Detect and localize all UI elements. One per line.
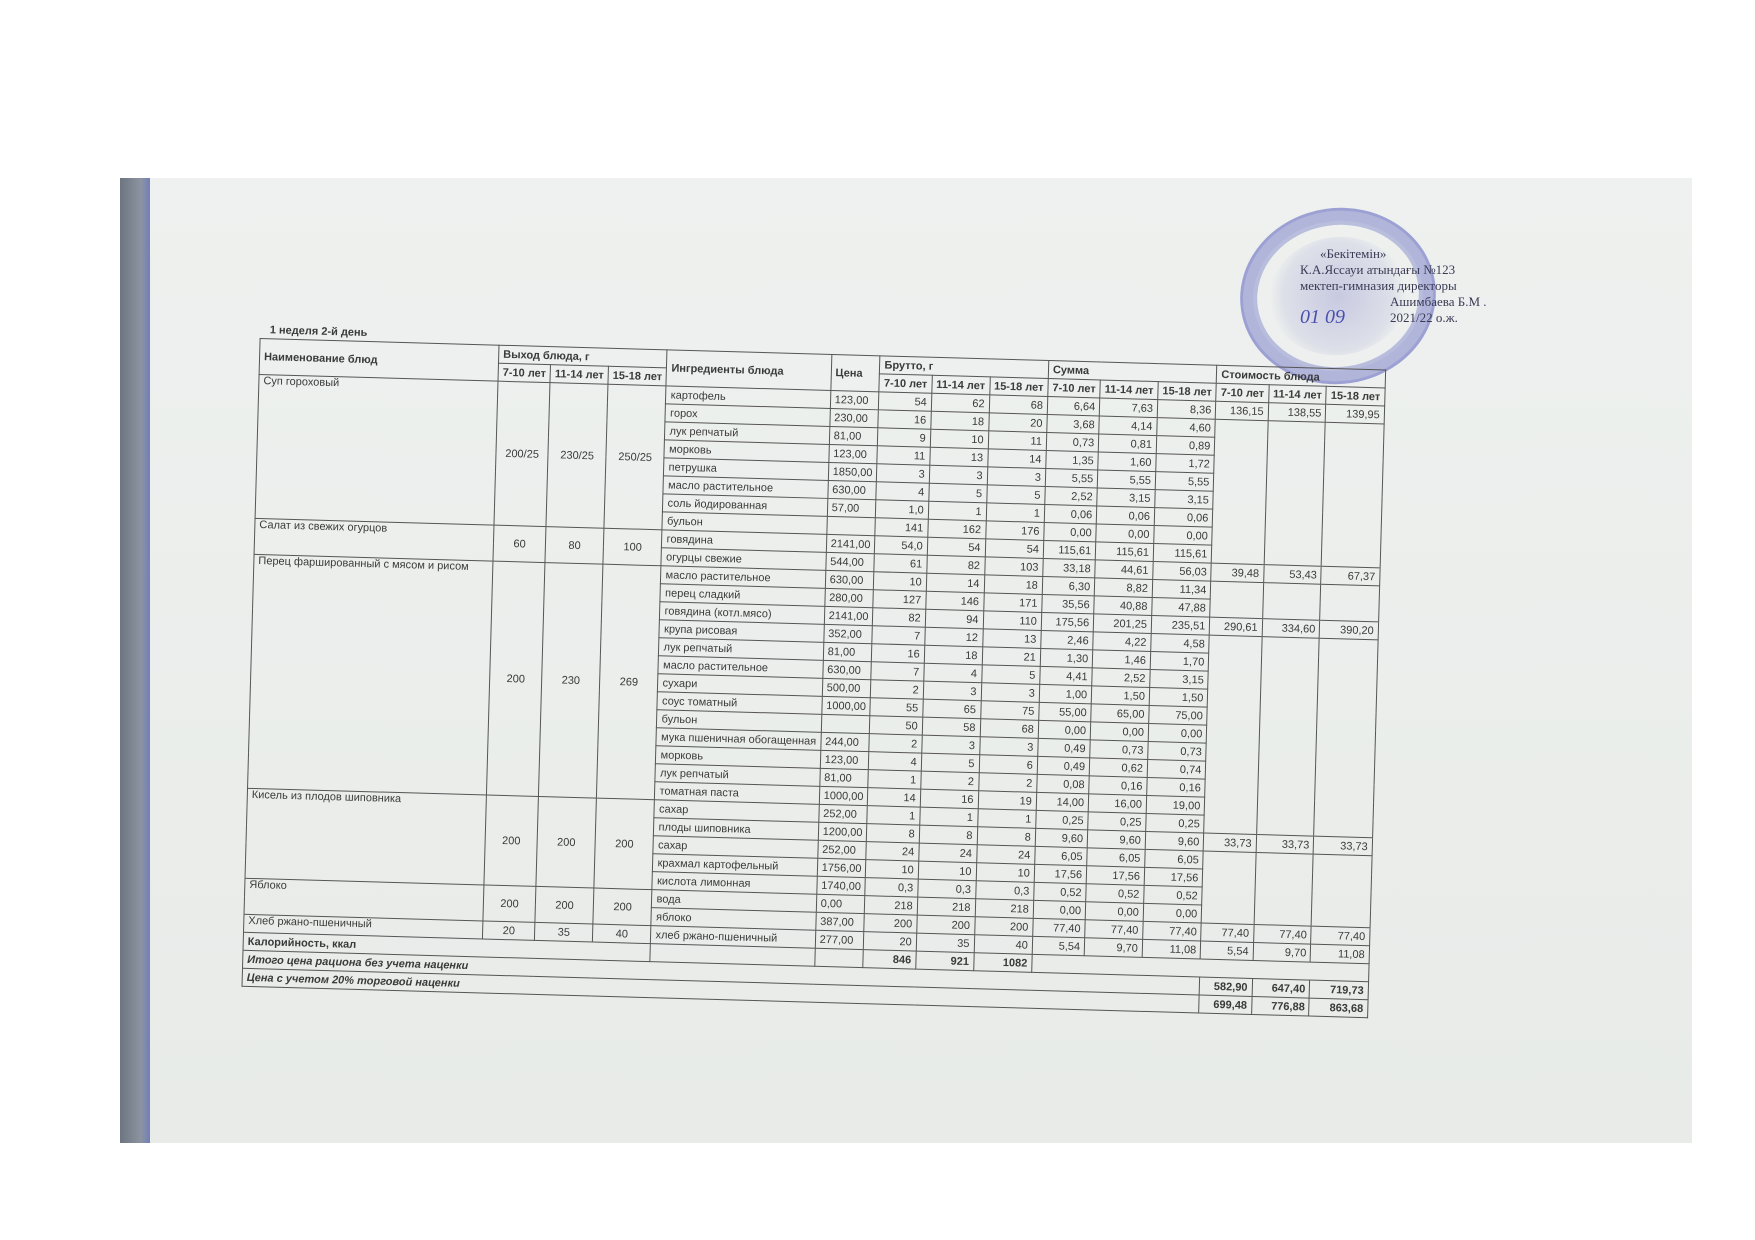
empty-cell	[1214, 455, 1267, 474]
empty-cell	[1258, 763, 1316, 783]
ingredient-sum: 0,81	[1098, 434, 1156, 454]
ingredient-brutto: 5	[986, 485, 1045, 505]
ingredient-sum: 3,15	[1097, 488, 1155, 508]
ingredient-brutto: 40	[974, 935, 1033, 955]
signature-date: 01 09	[1300, 306, 1345, 329]
dish-yield: 200	[535, 886, 594, 924]
ingredient-price: 123,00	[829, 444, 878, 463]
empty-cell	[1258, 745, 1316, 765]
ingredient-sum: 17,56	[1034, 864, 1087, 883]
ingredient-sum: 1,60	[1098, 452, 1156, 472]
ingredient-sum: 0,00	[1038, 720, 1091, 739]
ingredient-brutto: 10	[976, 863, 1035, 883]
ingredient-brutto: 10	[918, 861, 976, 881]
empty-cell	[1322, 530, 1381, 550]
empty-cell	[1263, 583, 1321, 603]
ingredient-brutto: 16	[878, 410, 931, 429]
total-without-markup-value: 582,90	[1200, 977, 1253, 996]
ingredient-brutto: 5	[929, 483, 987, 503]
ingredient-sum: 0,00	[1033, 900, 1086, 919]
ingredient-sum: 9,60	[1087, 830, 1145, 850]
ingredient-sum: 0,73	[1090, 740, 1148, 760]
empty-cell	[1212, 545, 1265, 564]
ingredient-brutto: 127	[873, 590, 926, 609]
dish-yield: 200/25	[494, 381, 550, 526]
ingredient-sum: 4,60	[1157, 418, 1216, 438]
ingredient-brutto: 200	[974, 917, 1033, 937]
empty-cell	[1324, 458, 1383, 478]
ingredient-sum: 8,36	[1157, 400, 1216, 420]
ingredient-sum: 175,56	[1041, 612, 1094, 631]
ingredient-sum: 19,00	[1146, 795, 1205, 815]
ingredient-sum: 2,52	[1045, 486, 1098, 505]
ingredient-sum: 201,25	[1093, 614, 1151, 634]
dish-cost: 5,54	[1201, 941, 1254, 960]
ingredient-sum: 8,82	[1094, 578, 1152, 598]
dish-cost: 33,73	[1314, 836, 1373, 856]
empty-cell	[1257, 799, 1315, 819]
dish-cost: 53,43	[1263, 565, 1321, 585]
ingredient-sum: 0,00	[1154, 526, 1213, 546]
approval-year: 2021/22 о.ж.	[1390, 310, 1487, 326]
dish-cost: 290,61	[1210, 617, 1263, 636]
header-cost-age1: 7-10 лет	[1216, 383, 1269, 402]
total-without-markup-value: 647,40	[1252, 978, 1310, 998]
calories-value: 921	[915, 951, 973, 971]
ingredient-brutto: 13	[930, 447, 988, 467]
ingredient-brutto: 8	[977, 827, 1036, 847]
ingredient-price: 544,00	[825, 552, 874, 571]
ingredient-brutto: 141	[875, 518, 928, 537]
paper-sheet: «Бекітемін» К.А.Яссауи атындағы №123 мек…	[150, 178, 1692, 1143]
empty-cell	[1211, 581, 1264, 600]
total-without-markup-value: 719,73	[1310, 980, 1369, 1000]
ingredient-sum: 5,55	[1155, 472, 1214, 492]
ingredient-sum: 0,25	[1088, 812, 1146, 832]
ingredient-sum: 0,62	[1089, 758, 1147, 778]
ingredient-brutto: 2	[978, 773, 1037, 793]
dish-yield: 200	[483, 885, 536, 922]
dish-yield: 230/25	[546, 383, 608, 529]
ingredient-brutto: 94	[925, 609, 983, 629]
empty-cell	[1325, 440, 1384, 460]
ingredient-brutto: 0,3	[917, 879, 975, 899]
total-with-markup-value: 863,68	[1309, 998, 1368, 1018]
menu-table: Наименование блюд Выход блюда, г Ингреди…	[241, 338, 1386, 1018]
ingredient-sum: 0,00	[1090, 722, 1148, 742]
empty-cell	[1265, 493, 1323, 513]
empty-cell	[1208, 671, 1261, 690]
ingredient-price: 277,00	[815, 930, 864, 949]
ingredient-sum: 5,55	[1097, 470, 1155, 490]
ingredient-price: 280,00	[824, 588, 873, 607]
empty-cell	[1205, 779, 1258, 798]
dish-yield: 200	[486, 561, 545, 796]
ingredient-brutto: 200	[864, 914, 917, 933]
ingredient-brutto: 61	[874, 554, 927, 573]
ingredient-brutto: 16	[920, 789, 978, 809]
empty-cell	[1315, 782, 1374, 802]
empty-cell	[1264, 529, 1322, 549]
ingredient-sum: 0,52	[1144, 885, 1203, 905]
ingredient-sum: 7,63	[1099, 398, 1157, 418]
ingredient-sum: 3,15	[1155, 490, 1214, 510]
ingredient-sum: 35,56	[1042, 594, 1095, 613]
ingredient-sum: 6,30	[1042, 576, 1095, 595]
dish-cost: 77,40	[1201, 923, 1254, 942]
ingredient-brutto: 3	[877, 464, 930, 483]
header-brutto-age1: 7-10 лет	[879, 374, 932, 393]
ingredient-price: 81,00	[829, 426, 878, 445]
ingredient-sum: 0,52	[1086, 884, 1144, 904]
ingredient-brutto: 218	[975, 899, 1034, 919]
ingredient-sum: 1,00	[1039, 684, 1092, 703]
ingredient-sum: 1,46	[1092, 650, 1150, 670]
header-price: Цена	[831, 354, 881, 391]
empty-cell	[1316, 746, 1375, 766]
empty-cell	[1215, 437, 1268, 456]
ingredient-brutto: 1	[977, 809, 1036, 829]
dish-cost: 138,55	[1268, 403, 1326, 423]
ingredient-sum: 17,56	[1086, 866, 1144, 886]
approval-line-2: К.А.Яссауи атындағы №123	[1300, 262, 1487, 278]
ingredient-sum: 4,22	[1093, 632, 1151, 652]
ingredient-price: 2141,00	[824, 606, 873, 625]
ingredient-brutto: 1	[928, 501, 986, 521]
ingredient-sum: 16,00	[1088, 794, 1146, 814]
empty-cell	[1260, 691, 1318, 711]
empty-cell	[1214, 473, 1267, 492]
menu-document: 1 неделя 2-й день Наименование блюд Выхо…	[241, 324, 1386, 1018]
ingredient-brutto: 18	[924, 645, 982, 665]
ingredient-brutto: 14	[987, 449, 1046, 469]
ingredient-price: 230,00	[830, 408, 879, 427]
dish-yield: 200	[593, 888, 652, 926]
empty-cell	[1207, 707, 1260, 726]
ingredient-brutto: 176	[985, 521, 1044, 541]
ingredient-sum: 115,61	[1153, 544, 1212, 564]
dish-name: Перец фаршированный с мясом и рисом	[248, 554, 493, 795]
ingredient-price	[821, 714, 870, 733]
header-sum-age3: 15-18 лет	[1158, 382, 1217, 402]
ingredient-brutto: 1	[867, 806, 920, 825]
total-with-markup-value: 699,48	[1199, 995, 1252, 1014]
ingredient-sum: 6,05	[1035, 846, 1088, 865]
ingredient-sum: 14,00	[1036, 792, 1089, 811]
ingredient-sum: 47,88	[1152, 598, 1211, 618]
ingredient-sum: 4,41	[1040, 666, 1093, 685]
ingredient-sum: 0,25	[1146, 813, 1205, 833]
ingredient-brutto: 2	[871, 680, 924, 699]
dish-name: Кисель из плодов шиповника	[245, 788, 486, 885]
ingredient-sum: 1,70	[1150, 651, 1209, 671]
dish-yield: 200	[594, 798, 655, 890]
ingredient-brutto: 18	[984, 575, 1043, 595]
ingredient-brutto: 82	[873, 608, 926, 627]
ingredient-sum: 3,68	[1047, 415, 1100, 434]
empty-cell	[814, 948, 863, 967]
ingredient-sum: 77,40	[1085, 920, 1143, 940]
ingredient-brutto: 4	[923, 663, 981, 683]
ingredient-price: 1000,00	[821, 696, 870, 715]
header-yield-age2: 11-14 лет	[550, 365, 608, 385]
ingredient-price: 0,00	[816, 894, 865, 913]
ingredient-sum: 1,72	[1156, 454, 1215, 474]
ingredient-sum: 3,15	[1150, 669, 1209, 689]
ingredient-price: 81,00	[819, 768, 868, 787]
header-sum-age1: 7-10 лет	[1048, 379, 1101, 398]
dish-cost: 139,95	[1326, 404, 1385, 424]
empty-cell	[1265, 511, 1323, 531]
empty-cell	[1254, 906, 1312, 926]
empty-cell	[1319, 656, 1378, 676]
ingredient-sum: 4,14	[1099, 416, 1157, 436]
ingredient-sum: 5,54	[1032, 936, 1085, 955]
ingredient-sum: 2,52	[1092, 668, 1150, 688]
ingredient-brutto: 50	[870, 716, 923, 735]
header-yield-age3: 15-18 лет	[608, 366, 667, 386]
ingredient-sum: 0,00	[1096, 524, 1154, 544]
ingredient-sum: 17,56	[1144, 867, 1203, 887]
ingredient-brutto: 0,3	[975, 881, 1034, 901]
empty-cell	[1323, 494, 1382, 514]
empty-cell	[1261, 637, 1319, 657]
empty-cell	[1267, 439, 1325, 459]
empty-cell	[1315, 800, 1374, 820]
dish-cost: 77,40	[1253, 924, 1311, 944]
ingredient-price: 123,00	[830, 390, 879, 409]
approval-line-1: «Бекітемін»	[1320, 246, 1487, 262]
dish-cost: 9,70	[1253, 942, 1311, 962]
ingredient-price	[827, 516, 876, 535]
ingredient-sum: 75,00	[1149, 705, 1208, 725]
empty-cell	[1317, 728, 1376, 748]
ingredient-brutto: 55	[870, 698, 923, 717]
ingredient-brutto: 3	[929, 465, 987, 485]
ingredient-brutto: 7	[872, 626, 925, 645]
empty-cell	[1316, 764, 1375, 784]
ingredient-sum: 0,73	[1046, 433, 1099, 452]
empty-cell	[1318, 692, 1377, 712]
dish-yield: 35	[535, 922, 593, 942]
empty-cell	[1205, 797, 1258, 816]
ingredient-price: 630,00	[825, 570, 874, 589]
empty-cell	[1264, 547, 1322, 567]
empty-cell	[1204, 815, 1257, 834]
ingredient-sum: 0,00	[1085, 902, 1143, 922]
ingredient-sum: 1,30	[1040, 648, 1093, 667]
ingredient-sum: 0,08	[1037, 774, 1090, 793]
empty-cell	[1202, 887, 1255, 906]
ingredient-sum: 1,50	[1149, 687, 1208, 707]
ingredient-brutto: 10	[866, 860, 919, 879]
empty-cell	[1213, 509, 1266, 528]
ingredient-brutto: 7	[871, 662, 924, 681]
empty-cell	[1203, 851, 1256, 870]
ingredient-brutto: 6	[979, 755, 1038, 775]
calories-value: 1082	[973, 953, 1032, 973]
dish-name: Суп гороховый	[255, 374, 498, 525]
ingredient-brutto: 103	[984, 557, 1043, 577]
ingredient-brutto: 54	[985, 539, 1044, 559]
dish-yield: 200	[536, 796, 596, 888]
empty-cell	[1318, 674, 1377, 694]
ingredient-brutto: 24	[866, 842, 919, 861]
empty-cell	[1255, 853, 1313, 873]
empty-cell	[1256, 817, 1314, 837]
ingredient-sum: 44,61	[1095, 560, 1153, 580]
ingredient-brutto: 5	[921, 753, 979, 773]
empty-cell	[1321, 584, 1380, 604]
header-brutto-age3: 15-18 лет	[989, 377, 1048, 397]
ingredient-sum: 11,34	[1152, 580, 1211, 600]
ingredient-sum: 40,88	[1094, 596, 1152, 616]
ingredient-brutto: 54	[927, 537, 985, 557]
ingredient-sum: 77,40	[1143, 921, 1202, 941]
ingredient-brutto: 65	[922, 699, 980, 719]
ingredient-sum: 33,18	[1043, 558, 1096, 577]
empty-cell	[1325, 422, 1384, 442]
ingredient-price: 1200,00	[818, 822, 867, 841]
ingredient-brutto: 75	[980, 701, 1039, 721]
ingredient-price: 1740,00	[816, 876, 865, 895]
ingredient-price: 81,00	[823, 642, 872, 661]
ingredient-brutto: 16	[872, 644, 925, 663]
ingredient-brutto: 10	[874, 572, 927, 591]
header-cost-age3: 15-18 лет	[1326, 386, 1385, 406]
ingredient-brutto: 24	[918, 843, 976, 863]
dish-yield: 80	[545, 527, 604, 565]
ingredient-brutto: 4	[869, 752, 922, 771]
empty-cell	[1266, 475, 1324, 495]
ingredient-brutto: 13	[982, 629, 1041, 649]
ingredient-sum: 0,00	[1148, 723, 1207, 743]
ingredient-price: 500,00	[822, 678, 871, 697]
empty-cell	[1319, 638, 1378, 658]
empty-cell	[1206, 743, 1259, 762]
ingredient-brutto: 82	[927, 555, 985, 575]
ingredient-brutto: 200	[916, 915, 974, 935]
ingredient-price: 387,00	[815, 912, 864, 931]
ingredient-sum: 55,00	[1039, 702, 1092, 721]
ingredient-price: 352,00	[823, 624, 872, 643]
empty-cell	[1259, 709, 1317, 729]
empty-cell	[1261, 655, 1319, 675]
dish-yield: 250/25	[604, 384, 666, 530]
empty-cell	[1254, 888, 1312, 908]
header-sum-age2: 11-14 лет	[1100, 380, 1158, 400]
ingredient-brutto: 58	[922, 717, 980, 737]
ingredient-sum: 0,06	[1096, 506, 1154, 526]
empty-cell	[1260, 673, 1318, 693]
ingredient-brutto: 2	[869, 734, 922, 753]
empty-cell	[1213, 491, 1266, 510]
calories-value: 846	[863, 950, 916, 969]
header-ingredients: Ингредиенты блюда	[666, 350, 831, 391]
empty-cell	[1324, 476, 1383, 496]
dish-cost: 67,37	[1321, 566, 1380, 586]
ingredient-sum: 9,70	[1084, 938, 1142, 958]
ingredient-sum: 0,16	[1089, 776, 1147, 796]
dish-cost: 77,40	[1311, 926, 1370, 946]
ingredient-sum: 56,03	[1153, 562, 1212, 582]
ingredient-sum: 0,06	[1044, 504, 1097, 523]
ingredient-brutto: 9	[878, 428, 931, 447]
ingredient-sum: 9,60	[1145, 831, 1204, 851]
ingredient-brutto: 20	[988, 413, 1047, 433]
ingredient-price: 2141,00	[826, 534, 875, 553]
empty-cell	[1317, 710, 1376, 730]
ingredient-brutto: 24	[976, 845, 1035, 865]
ingredient-sum: 235,51	[1151, 616, 1210, 636]
ingredient-brutto: 14	[868, 788, 921, 807]
empty-cell	[1312, 908, 1371, 928]
ingredient-brutto: 218	[917, 897, 975, 917]
dish-yield: 100	[603, 528, 662, 566]
ingredient-price: 244,00	[820, 732, 869, 751]
ingredient-sum: 115,61	[1095, 542, 1153, 562]
ingredient-price: 630,00	[828, 480, 877, 499]
ingredient-sum: 0,52	[1034, 882, 1087, 901]
ingredient-brutto: 10	[930, 429, 988, 449]
total-with-markup-value: 776,88	[1251, 996, 1309, 1016]
ingredient-sum: 0,16	[1147, 777, 1206, 797]
ingredient-sum: 0,49	[1037, 756, 1090, 775]
ingredient-price: 630,00	[822, 660, 871, 679]
ingredient-brutto: 11	[877, 446, 930, 465]
empty-cell	[1312, 890, 1371, 910]
ingredient-sum: 65,00	[1091, 704, 1149, 724]
empty-cell	[1262, 601, 1320, 621]
ingredient-sum: 11,08	[1142, 939, 1201, 959]
ingredient-brutto: 171	[983, 593, 1042, 613]
ingredient-brutto: 35	[916, 933, 974, 953]
ingredient-brutto: 19	[978, 791, 1037, 811]
ingredient-brutto: 1	[919, 807, 977, 827]
ingredient-sum: 1,35	[1046, 451, 1099, 470]
header-cost-age2: 11-14 лет	[1268, 385, 1326, 405]
empty-cell	[1266, 457, 1324, 477]
empty-cell	[1313, 872, 1372, 892]
empty-cell	[1209, 635, 1262, 654]
ingredient-sum: 1,50	[1091, 686, 1149, 706]
dish-yield: 230	[539, 563, 603, 799]
ingredient-price: 1000,00	[819, 786, 868, 805]
dish-cost: 33,73	[1256, 835, 1314, 855]
ingredient-sum: 77,40	[1033, 918, 1086, 937]
ingredient-sum: 0,00	[1044, 522, 1097, 541]
ingredient-brutto: 54	[879, 392, 932, 411]
ingredient-brutto: 12	[924, 627, 982, 647]
ingredient-brutto: 14	[926, 573, 984, 593]
empty-cell	[1212, 527, 1265, 546]
ingredient-brutto: 2	[920, 771, 978, 791]
ingredient-sum: 0,06	[1154, 508, 1213, 528]
ingredient-sum: 0,73	[1148, 741, 1207, 761]
ingredient-sum: 6,64	[1047, 397, 1100, 416]
empty-cell	[1202, 905, 1255, 924]
empty-cell	[1207, 725, 1260, 744]
ingredient-sum: 115,61	[1043, 540, 1096, 559]
ingredient-brutto: 8	[867, 824, 920, 843]
ingredient-price: 1850,00	[828, 462, 877, 481]
ingredient-brutto: 1,0	[876, 500, 929, 519]
empty-cell	[1314, 818, 1373, 838]
ingredient-brutto: 3	[921, 735, 979, 755]
empty-cell	[1323, 512, 1382, 532]
ingredient-price: 252,00	[818, 804, 867, 823]
ingredient-brutto: 4	[876, 482, 929, 501]
